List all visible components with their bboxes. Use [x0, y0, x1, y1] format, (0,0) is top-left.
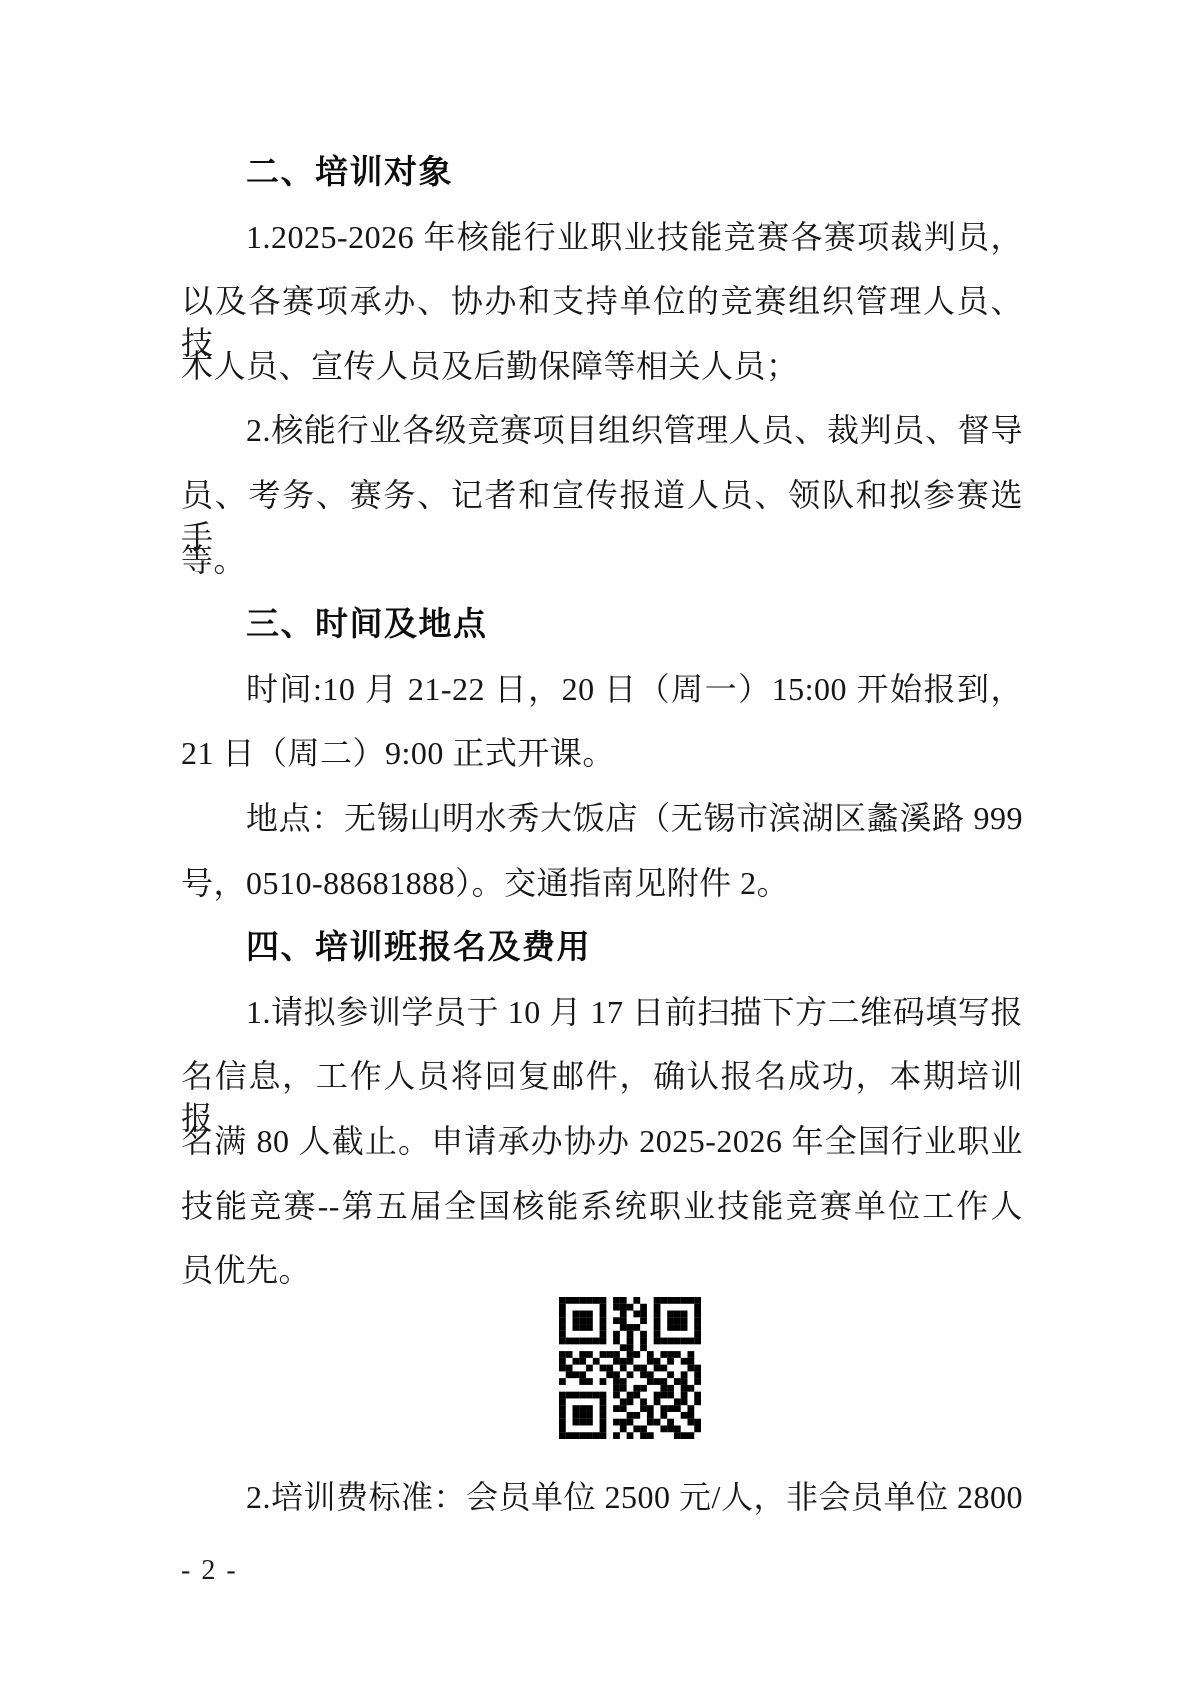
- text-line: 时间:10 月 21-22 日，20 日（周一）15:00 开始报到，: [181, 668, 1023, 710]
- text-line: 号，0510-88681888）。交通指南见附件 2。: [181, 862, 1023, 904]
- text-line: 2.核能行业各级竞赛项目组织管理人员、裁判员、督导: [181, 409, 1023, 451]
- text-line: 员优先。: [181, 1249, 1023, 1291]
- text-line: 术人员、宣传人员及后勤保障等相关人员；: [181, 345, 1023, 387]
- text-line: 技能竞赛--第五届全国核能系统职业技能竞赛单位工作人: [181, 1185, 1023, 1227]
- section-heading: 四、培训班报名及费用: [181, 926, 1023, 968]
- section-heading: 二、培训对象: [181, 151, 1023, 193]
- text-line: 名满 80 人截止。申请承办协办 2025-2026 年全国行业职业: [181, 1120, 1023, 1162]
- section-heading: 三、时间及地点: [181, 603, 1023, 645]
- text-line: 21 日（周二）9:00 正式开课。: [181, 732, 1023, 774]
- fee-standard-line: 2.培训费标准：会员单位 2500 元/人，非会员单位 2800: [181, 1476, 1023, 1518]
- text-line: 1.2025-2026 年核能行业职业技能竞赛各赛项裁判员，: [181, 216, 1023, 258]
- page-number: - 2 -: [181, 1554, 238, 1588]
- text-line: 地点：无锡山明水秀大饭店（无锡市滨湖区蠡溪路 999: [181, 797, 1023, 839]
- document-page: 二、培训对象1.2025-2026 年核能行业职业技能竞赛各赛项裁判员，以及各赛…: [0, 0, 1200, 1697]
- registration-qr-code: [559, 1297, 701, 1439]
- text-line: 等。: [181, 539, 1023, 581]
- qr-code-image: [559, 1297, 701, 1439]
- text-line: 1.请拟参训学员于 10 月 17 日前扫描下方二维码填写报: [181, 991, 1023, 1033]
